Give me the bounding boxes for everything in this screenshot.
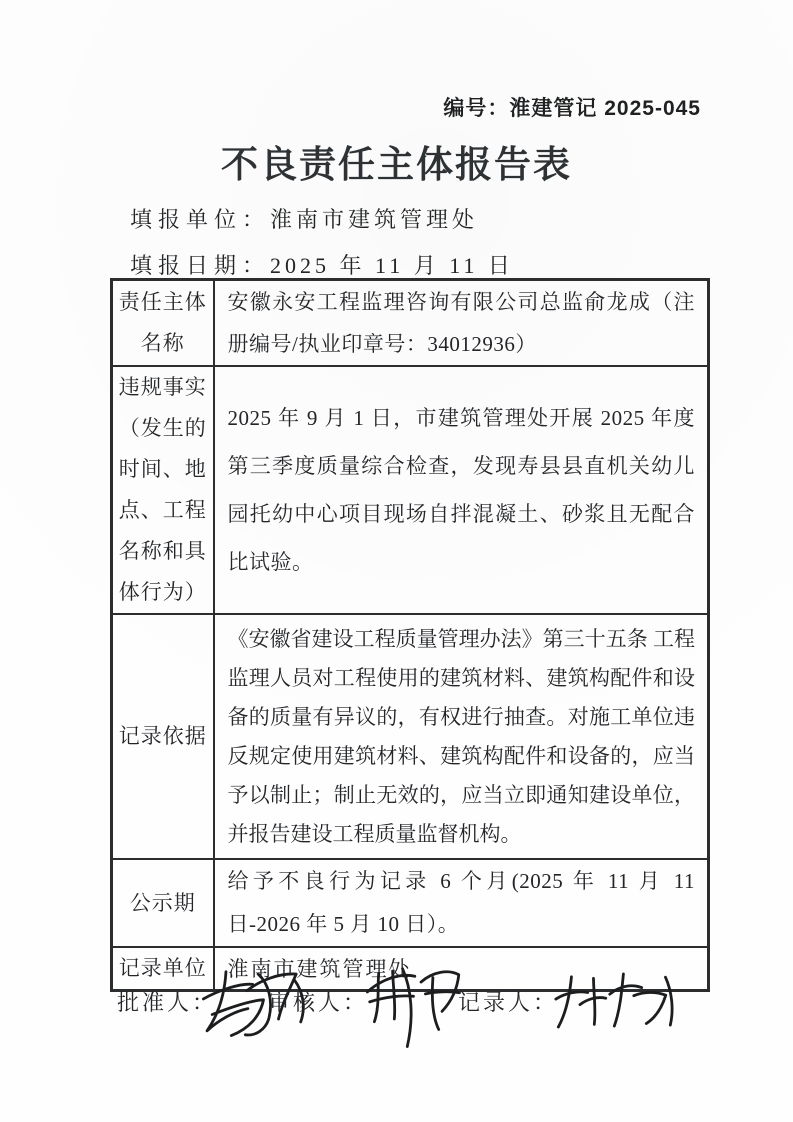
row-label-violation-facts: 违规事实（发生的时间、地点、工程名称和具体行为） [112,366,214,614]
row-value-responsible-entity: 安徽永安工程监理咨询有限公司总监俞龙成（注册编号/执业印章号：34012936） [214,280,709,367]
row-label-publicity-period: 公示期 [112,859,214,947]
reporting-date-line: 填报日期：2025 年 11 月 11 日 [130,249,514,280]
reporting-unit-label: 填报单位： [130,207,270,232]
reporting-date-label: 填报日期： [130,253,270,278]
row-value-violation-facts: 2025 年 9 月 1 日，市建筑管理处开展 2025 年度第三季度质量综合检… [214,366,709,614]
report-table: 责任主体名称 安徽永安工程监理咨询有限公司总监俞龙成（注册编号/执业印章号：34… [110,278,710,992]
table-row-record-basis: 记录依据 《安徽省建设工程质量管理办法》第三十五条 工程监理人员对工程使用的建筑… [112,614,709,859]
doc-number: 编号：淮建管记 2025-045 [443,92,701,122]
row-value-publicity-period: 给予不良行为记录 6 个月(2025 年 11 月 11 日-2026 年 5 … [214,859,709,947]
row-label-record-basis: 记录依据 [112,614,214,859]
table-row-publicity-period: 公示期 给予不良行为记录 6 个月(2025 年 11 月 11 日-2026 … [112,859,709,947]
reviewer-label: 审核人： [268,986,368,1017]
row-label-responsible-entity: 责任主体名称 [112,280,214,367]
reporting-date-value: 2025 年 11 月 11 日 [270,253,514,278]
signature-block: 批准人： 审核人： 记录人： [0,960,793,1080]
page-title: 不良责任主体报告表 [0,134,793,188]
table-row-responsible-entity: 责任主体名称 安徽永安工程监理咨询有限公司总监俞龙成（注册编号/执业印章号：34… [112,280,709,367]
reporting-unit-line: 填报单位：淮南市建筑管理处 [130,203,478,234]
recorder-label: 记录人： [458,986,558,1017]
approver-label: 批准人： [117,986,217,1017]
row-value-record-basis: 《安徽省建设工程质量管理办法》第三十五条 工程监理人员对工程使用的建筑材料、建筑… [214,614,709,859]
reporting-unit-value: 淮南市建筑管理处 [270,207,478,232]
scanned-report-page: 编号：淮建管记 2025-045 不良责任主体报告表 填报单位：淮南市建筑管理处… [0,0,793,1122]
recorder-signature-ink [547,967,688,1049]
table-row-violation-facts: 违规事实（发生的时间、地点、工程名称和具体行为） 2025 年 9 月 1 日，… [112,366,709,614]
